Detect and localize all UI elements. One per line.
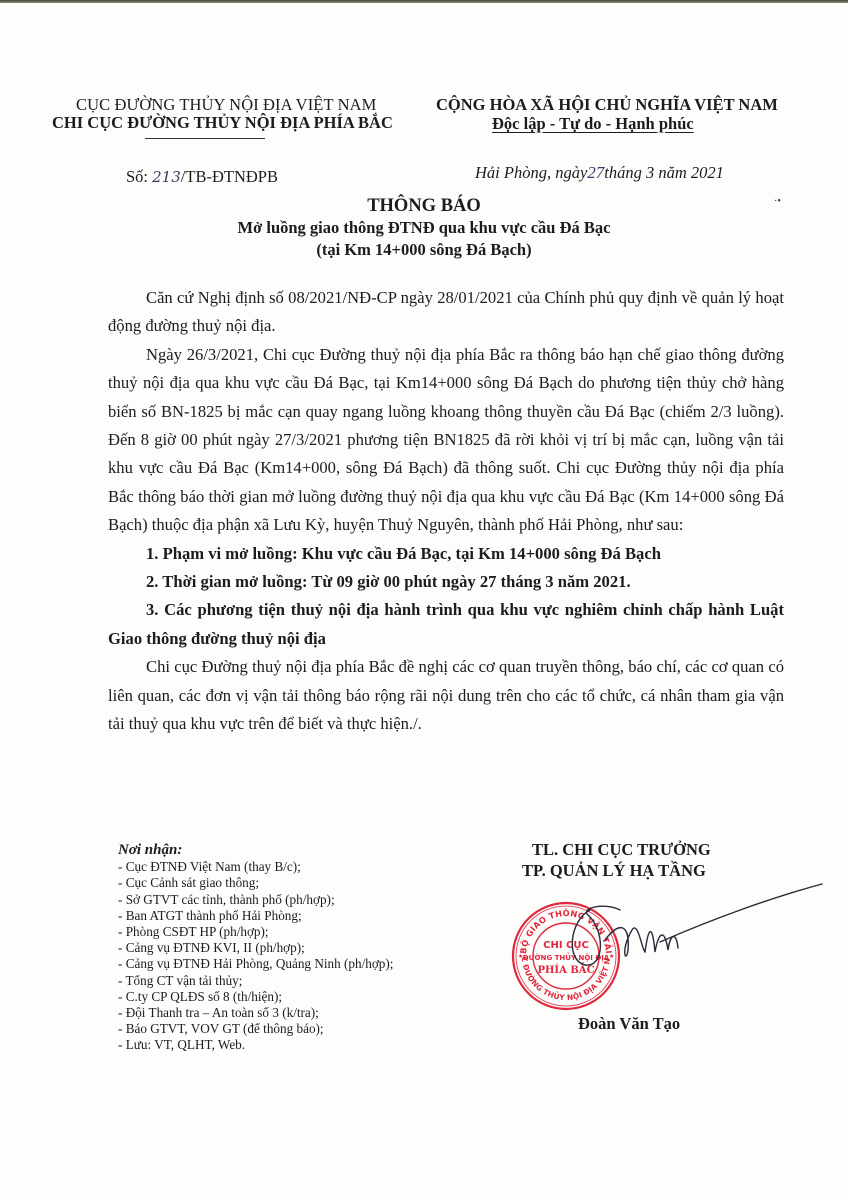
- closing-paragraph: Chi cục Đường thuỷ nội địa phía Bắc đề n…: [108, 653, 784, 738]
- place-date: Hải Phòng, ngày27tháng 3 năm 2021: [475, 163, 724, 183]
- national-title: CỘNG HÒA XÃ HỘI CHỦ NGHĨA VIỆT NAM: [436, 95, 778, 115]
- day-handwritten: 27: [587, 163, 604, 182]
- recipient-item: - Sở GTVT các tỉnh, thành phố (ph/hợp);: [118, 892, 393, 908]
- signatory-title-line1: TL. CHI CỤC TRƯỞNG: [532, 840, 711, 860]
- recipient-item: - Cục Cảnh sát giao thông;: [118, 875, 393, 891]
- signer-name: Đoàn Văn Tạo: [578, 1014, 680, 1034]
- agency-name: CHI CỤC ĐƯỜNG THỦY NỘI ĐỊA PHÍA BẮC: [52, 113, 393, 133]
- scan-top-edge: [0, 0, 848, 3]
- doc-number-suffix: /TB-ĐTNĐPB: [181, 167, 278, 186]
- body-item: 2. Thời gian mở luồng: Từ 09 giờ 00 phút…: [108, 568, 784, 596]
- document-number: Số: 213/TB-ĐTNĐPB: [126, 167, 278, 187]
- document-subtitle-line1: Mở luồng giao thông ĐTNĐ qua khu vực cầu…: [0, 218, 848, 238]
- body-item: 3. Các phương tiện thuỷ nội địa hành trì…: [108, 596, 784, 653]
- body-paragraph: Căn cứ Nghị định số 08/2021/NĐ-CP ngày 2…: [108, 284, 784, 341]
- recipient-item: - Đội Thanh tra – An toàn số 3 (k/tra);: [118, 1005, 393, 1021]
- recipient-item: - C.ty CP QLĐS số 8 (th/hiện);: [118, 989, 393, 1005]
- agency-divider: [145, 138, 265, 139]
- recipient-item: - Cục ĐTNĐ Việt Nam (thay B/c);: [118, 859, 393, 875]
- recipient-item: - Cảng vụ ĐTNĐ Hải Phòng, Quảng Ninh (ph…: [118, 956, 393, 972]
- recipients-list: - Cục ĐTNĐ Việt Nam (thay B/c); - Cục Cả…: [118, 859, 393, 1053]
- place-date-suffix: tháng 3 năm 2021: [604, 163, 724, 182]
- recipient-item: - Cảng vụ ĐTNĐ KVI, II (ph/hợp);: [118, 940, 393, 956]
- agency-parent: CỤC ĐƯỜNG THỦY NỘI ĐỊA VIỆT NAM: [76, 95, 376, 115]
- recipient-item: - Báo GTVT, VOV GT (để thông báo);: [118, 1021, 393, 1037]
- recipients-block: Nơi nhận: - Cục ĐTNĐ Việt Nam (thay B/c)…: [118, 842, 393, 1054]
- recipients-heading: Nơi nhận:: [118, 842, 393, 858]
- body-paragraph: Ngày 26/3/2021, Chi cục Đường thuỷ nội đ…: [108, 341, 784, 540]
- svg-text:★: ★: [518, 953, 523, 960]
- recipient-item: - Lưu: VT, QLHT, Web.: [118, 1037, 393, 1053]
- doc-number-label: Số:: [126, 167, 152, 186]
- recipient-item: - Phòng CSĐT HP (ph/hợp);: [118, 924, 393, 940]
- body-item: 1. Phạm vi mở luồng: Khu vực cầu Đá Bạc,…: [108, 540, 784, 568]
- recipient-item: - Ban ATGT thành phố Hải Phòng;: [118, 908, 393, 924]
- signatory-title-line2: TP. QUẢN LÝ HẠ TẦNG: [522, 861, 706, 881]
- national-motto: Độc lập - Tự do - Hạnh phúc: [492, 114, 694, 134]
- document-subtitle-line2: (tại Km 14+000 sông Đá Bạch): [0, 240, 848, 260]
- document-body: Căn cứ Nghị định số 08/2021/NĐ-CP ngày 2…: [108, 284, 784, 739]
- doc-number-handwritten: 213: [152, 168, 181, 186]
- handwritten-signature-icon: [560, 880, 830, 980]
- recipient-item: - Tổng CT vận tải thủy;: [118, 973, 393, 989]
- document-title: THÔNG BÁO: [0, 196, 848, 217]
- place-date-prefix: Hải Phòng, ngày: [475, 163, 587, 182]
